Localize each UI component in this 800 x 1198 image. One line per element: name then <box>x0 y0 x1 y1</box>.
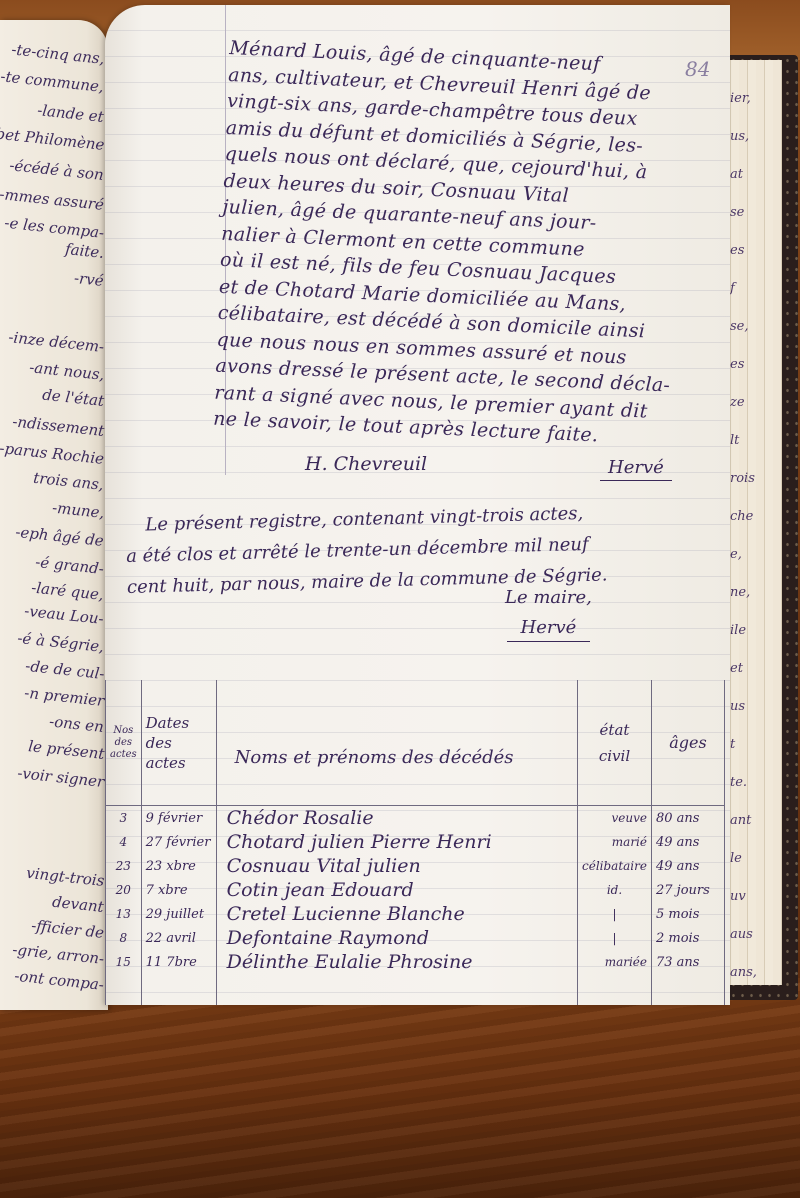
cell-date: 11 7bre <box>141 950 216 974</box>
cell-name: Cretel Lucienne Blanche <box>216 902 577 926</box>
cell-date: 7 xbre <box>141 878 216 902</box>
death-act-text: Ménard Louis, âgé de cinquante-neuf ans,… <box>213 35 685 452</box>
left-line: de l'état <box>41 386 105 410</box>
cell-name: Cotin jean Edouard <box>216 878 577 902</box>
left-line: -te commune, <box>0 67 105 96</box>
header-name: Noms et prénoms des décédés <box>216 680 577 806</box>
edge-fragment: le <box>730 840 760 878</box>
edge-fragment: lt <box>730 422 760 460</box>
edge-fragment: us, <box>730 118 760 156</box>
closing-signature-name: Hervé <box>507 617 591 642</box>
cell-age: 80 ans <box>652 806 725 831</box>
edge-fragment: ile <box>730 612 760 650</box>
cell-number: 15 <box>106 950 142 974</box>
cell-number: 8 <box>106 926 142 950</box>
cell-civil: marié <box>578 830 652 854</box>
cell-date: 22 avril <box>141 926 216 950</box>
left-line: -lande et <box>37 101 105 126</box>
header-civil-status: état civil <box>578 680 652 806</box>
edge-fragment: che <box>730 498 760 536</box>
cell-date: 23 xbre <box>141 854 216 878</box>
left-line: -mune, <box>51 499 105 522</box>
left-line: -grie, arron- <box>11 940 104 968</box>
left-line: -bet Philomène <box>0 124 105 154</box>
page-number: 84 <box>685 57 710 81</box>
header-civil-bottom: civil <box>582 743 647 769</box>
left-line: devant <box>52 893 105 916</box>
left-line: -mmes assuré <box>0 185 105 214</box>
closing-signature-title: Le maire, <box>505 583 592 613</box>
cell-age: 73 ans <box>652 950 725 974</box>
header-civil-top: état <box>582 717 647 743</box>
cell-name: Defontaine Raymond <box>216 926 577 950</box>
left-line: -ant nous, <box>28 358 105 384</box>
left-line: -de de cul- <box>24 657 105 683</box>
cell-name: Délinthe Eulalie Phrosine <box>216 950 577 974</box>
left-line: -parus Rochie <box>0 439 105 468</box>
cell-date: 27 février <box>141 830 216 854</box>
left-line: -eph âgé de <box>15 523 105 550</box>
table-row: 3 9 février Chédor Rosalie veuve 80 ans <box>106 806 725 831</box>
mayor-signature: Hervé <box>600 457 672 481</box>
left-line: -é à Ségrie, <box>17 629 105 656</box>
edge-fragment: te. <box>730 764 760 802</box>
table-row-empty <box>106 974 725 1005</box>
table-row: 8 22 avril Defontaine Raymond | 2 mois <box>106 926 725 950</box>
wooden-table-bottom <box>0 978 800 1198</box>
left-line: -e les compa- <box>3 214 104 242</box>
header-act-date: Dates des actes <box>141 680 216 806</box>
cell-name: Chotard julien Pierre Henri <box>216 830 577 854</box>
left-line: -écédé à son <box>9 156 105 184</box>
left-line: -voir signer <box>16 764 105 791</box>
edge-fragment: ier, <box>730 80 760 118</box>
left-line: -ont compa- <box>14 967 105 994</box>
cell-number: 13 <box>106 902 142 926</box>
left-line: -ons en <box>49 712 105 736</box>
cell-civil-ditto: | <box>578 926 652 950</box>
left-line: le présent <box>27 737 105 763</box>
cell-age: 49 ans <box>652 830 725 854</box>
closing-signature: Le maire, Hervé <box>505 583 592 643</box>
right-page: 84 Ménard Louis, âgé de cinquante-neuf a… <box>105 5 730 1005</box>
cell-civil: mariée <box>578 950 652 974</box>
edge-fragment: se, <box>730 308 760 346</box>
edge-fragment: aus <box>730 916 760 954</box>
cell-age: 49 ans <box>652 854 725 878</box>
edge-fragment: f <box>730 270 760 308</box>
left-line: -ndissement <box>11 412 105 440</box>
header-age: âges <box>652 680 725 806</box>
edge-fragment: ant <box>730 802 760 840</box>
header-date-bottom: des actes <box>146 733 212 773</box>
edge-fragment: es <box>730 346 760 384</box>
edge-fragment: us <box>730 688 760 726</box>
edge-fragment: e, <box>730 536 760 574</box>
left-line: -fficier de <box>30 916 104 942</box>
cell-name: Chédor Rosalie <box>216 806 577 831</box>
edge-fragment: rois <box>730 460 760 498</box>
table-row: 20 7 xbre Cotin jean Edouard id. 27 jour… <box>106 878 725 902</box>
table-row: 15 11 7bre Délinthe Eulalie Phrosine mar… <box>106 950 725 974</box>
left-line: -te-cinq ans, <box>10 40 105 68</box>
witness-signature: H. Chevreuil <box>305 453 427 475</box>
left-line: -rvé <box>74 269 105 290</box>
cell-date: 9 février <box>141 806 216 831</box>
cell-age: 2 mois <box>652 926 725 950</box>
edge-fragment: ze <box>730 384 760 422</box>
edge-fragment: se <box>730 194 760 232</box>
cell-age: 5 mois <box>652 902 725 926</box>
cell-number: 23 <box>106 854 142 878</box>
left-line: -é grand- <box>35 553 105 578</box>
cell-civil-ditto: | <box>578 902 652 926</box>
deaths-index-table: Nos des actes Dates des actes Noms et pr… <box>105 680 725 1005</box>
cell-civil: id. <box>578 878 652 902</box>
cell-date: 29 juillet <box>141 902 216 926</box>
edge-fragment: at <box>730 156 760 194</box>
left-line: -veau Lou- <box>24 602 105 628</box>
cell-number: 20 <box>106 878 142 902</box>
cell-name: Cosnuau Vital julien <box>216 854 577 878</box>
table-row: 4 27 février Chotard julien Pierre Henri… <box>106 830 725 854</box>
cell-civil: célibataire <box>578 854 652 878</box>
cell-number: 3 <box>106 806 142 831</box>
edge-fragment: et <box>730 650 760 688</box>
left-line: -n premier <box>23 684 105 710</box>
left-page: -te-cinq ans, -te commune, -lande et -be… <box>0 20 108 1010</box>
header-act-number: Nos des actes <box>106 680 142 806</box>
edge-fragment: uv <box>730 878 760 916</box>
left-line: trois ans, <box>33 469 105 494</box>
edge-fragment: t <box>730 726 760 764</box>
table-row: 13 29 juillet Cretel Lucienne Blanche | … <box>106 902 725 926</box>
cell-age: 27 jours <box>652 878 725 902</box>
header-date-top: Dates <box>146 713 212 733</box>
left-line: -laré que, <box>31 578 105 603</box>
left-line: faite. <box>64 240 105 262</box>
cell-number: 4 <box>106 830 142 854</box>
edge-fragment: es <box>730 232 760 270</box>
edge-fragment: ans, <box>730 954 760 992</box>
edge-fragment: ne, <box>730 574 760 612</box>
cell-civil: veuve <box>578 806 652 831</box>
left-line: -inze décem- <box>7 328 104 356</box>
table-row: 23 23 xbre Cosnuau Vital julien célibata… <box>106 854 725 878</box>
left-line: vingt-trois <box>25 864 105 890</box>
page-stack-text: ier, us, at se es f se, es ze lt rois ch… <box>730 80 760 992</box>
